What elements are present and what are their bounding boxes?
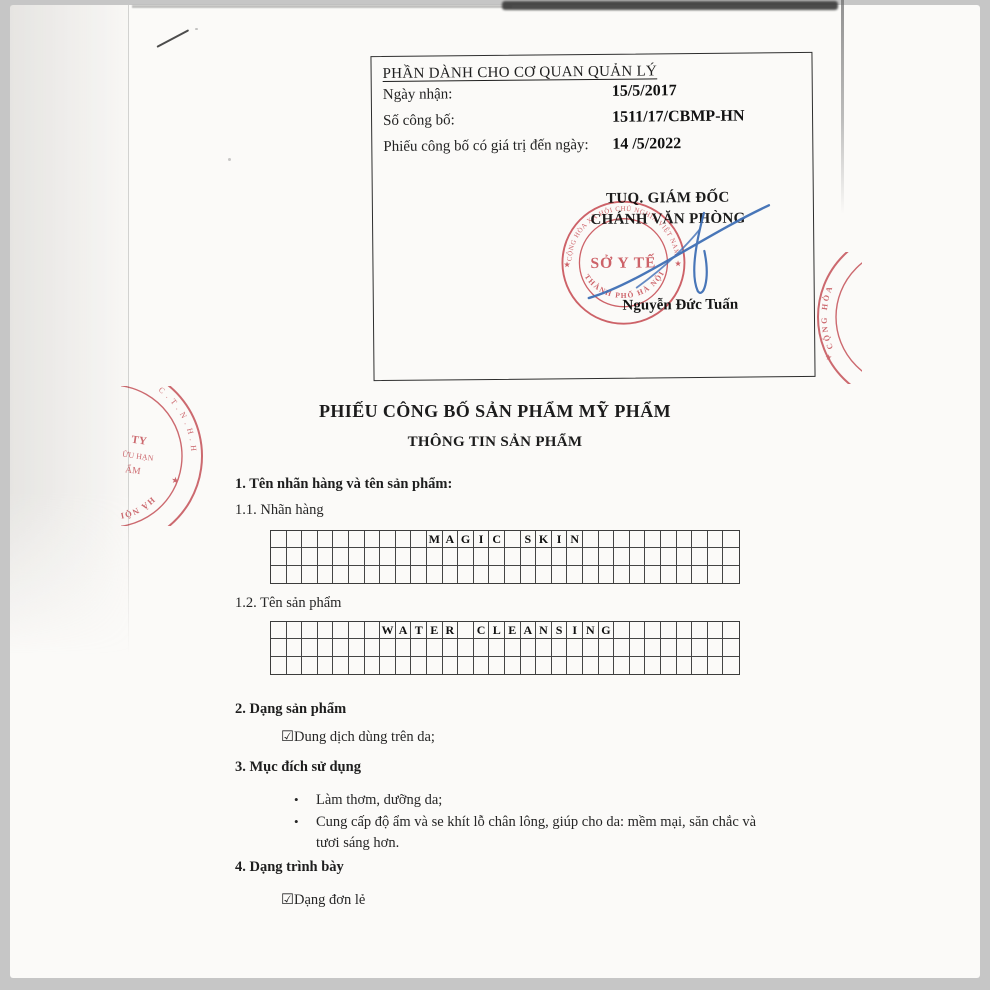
grid-cell [318,548,334,565]
grid-cell: S [521,531,537,548]
grid-cell [614,531,630,548]
scan-speck [195,28,198,30]
scan-speck [228,158,231,161]
grid-cell [287,566,303,583]
stamp-star-left-icon: ★ [563,260,570,269]
grid-cell [552,657,568,674]
section4-heading: 4. Dạng trình bày [235,859,344,876]
announcement-number-value: 1511/17/CBMP-HN [612,108,745,127]
grid-cell [614,566,630,583]
grid-cell [380,639,396,656]
grid-cell [614,657,630,674]
admin-section-box: PHẦN DÀNH CHO CƠ QUAN QUẢN LÝ Ngày nhận:… [370,52,815,381]
grid-cell [271,566,287,583]
signer-name: Nguyễn Đức Tuấn [588,296,773,315]
grid-cell [489,639,505,656]
grid-cell [692,657,708,674]
grid-cell [505,657,521,674]
grid-cell [567,639,583,656]
bullet-icon: • [294,790,316,811]
grid-cell: E [505,622,521,639]
grid-cell [645,657,661,674]
grid-cell [677,531,693,548]
grid-cell [365,639,381,656]
grid-cell: W [380,622,396,639]
grid-cell [645,566,661,583]
grid-cell [708,548,724,565]
grid-cell [318,531,334,548]
received-date-label: Ngày nhận: [383,86,453,104]
grid-cell [692,531,708,548]
section1-heading: 1. Tên nhãn hàng và tên sản phẩm: [235,476,452,493]
grid-cell [411,531,427,548]
grid-cell [645,639,661,656]
grid-cell: K [536,531,552,548]
grid-cell [287,639,303,656]
grid-cell [411,566,427,583]
grid-cell [489,548,505,565]
grid-cell [599,657,615,674]
grid-cell [552,548,568,565]
grid-cell [583,639,599,656]
grid-cell [302,548,318,565]
grid-cell [427,548,443,565]
grid-cell [723,622,739,639]
grid-cell [599,639,615,656]
grid-cell [474,639,490,656]
grid-cell [723,639,739,656]
grid-cell [599,548,615,565]
grid-cell [521,639,537,656]
grid-cell [396,639,412,656]
grid-cell: C [474,622,490,639]
grid-cell [271,622,287,639]
grid-cell [677,566,693,583]
grid-cell [333,622,349,639]
grid-cell [349,531,365,548]
received-date-value: 15/5/2017 [612,82,677,101]
grid-cell [536,657,552,674]
grid-cell [645,622,661,639]
grid-cell [692,548,708,565]
grid-cell [661,531,677,548]
product-form-checkbox-item: ☑Dung dịch dùng trên da; [281,729,435,746]
grid-cell [677,548,693,565]
grid-cell [645,531,661,548]
scan-streak-light [132,5,512,8]
grid-cell [692,566,708,583]
grid-cell [271,657,287,674]
left-stamp-line1: TY [131,434,148,448]
list-item: • Cung cấp độ ẩm và se khít lỗ chân lông… [294,812,764,854]
grid-cell: G [599,622,615,639]
grid-cell [692,622,708,639]
grid-cell [645,548,661,565]
grid-cell [365,622,381,639]
grid-cell [661,566,677,583]
grid-cell [365,531,381,548]
grid-cell [677,622,693,639]
grid-cell [302,531,318,548]
grid-cell [380,566,396,583]
presentation-form-checkbox-item: ☑Dạng đơn lẻ [281,892,365,909]
purpose-bullet-list: • Làm thơm, dưỡng da; • Cung cấp độ ẩm v… [294,790,764,853]
grid-cell [427,657,443,674]
grid-cell: T [411,622,427,639]
grid-cell [567,548,583,565]
grid-cell [536,548,552,565]
grid-cell [521,566,537,583]
grid-cell: C [489,531,505,548]
grid-cell [287,548,303,565]
grid-cell [318,622,334,639]
grid-cell: A [396,622,412,639]
grid-cell [474,548,490,565]
section3-heading: 3. Mục đích sử dụng [235,759,361,776]
grid-cell [599,531,615,548]
grid-cell [630,548,646,565]
grid-cell [536,639,552,656]
grid-cell [630,657,646,674]
grid-cell [333,566,349,583]
grid-cell: N [583,622,599,639]
grid-cell [380,548,396,565]
grid-cell [349,548,365,565]
grid-cell [630,622,646,639]
grid-cell [349,566,365,583]
product-name-label: 1.2. Tên sản phẩm [235,595,341,612]
grid-cell [302,639,318,656]
grid-cell [567,566,583,583]
right-stamp-star-icon: ★ [825,353,832,362]
announcement-number-label: Số công bố: [383,112,455,130]
grid-cell [489,657,505,674]
grid-cell [318,639,334,656]
grid-cell: N [536,622,552,639]
grid-cell [411,639,427,656]
grid-cell: I [552,531,568,548]
grid-cell [349,639,365,656]
grid-cell [599,566,615,583]
grid-cell [271,639,287,656]
grid-cell [443,639,459,656]
grid-cell [583,531,599,548]
grid-cell [443,566,459,583]
grid-cell [380,531,396,548]
grid-cell [708,566,724,583]
grid-cell [536,566,552,583]
grid-cell: N [567,531,583,548]
grid-cell [427,639,443,656]
product-letter-grid: WATERCLEANSING [270,621,740,675]
grid-cell [302,622,318,639]
grid-cell [521,548,537,565]
grid-cell [630,531,646,548]
scan-streak-dark [502,1,838,10]
bullet-text: Làm thơm, dưỡng da; [316,790,764,811]
grid-cell [458,657,474,674]
grid-cell [287,657,303,674]
grid-cell [474,566,490,583]
grid-cell [723,566,739,583]
left-edge-stamp-fragment: C.T.N.H.H TY ỮU HẠN ẨM HÀ NỘI ★ [121,386,211,526]
grid-cell: I [474,531,490,548]
grid-cell [661,657,677,674]
grid-cell [614,548,630,565]
grid-cell [333,548,349,565]
grid-cell [614,639,630,656]
grid-cell [271,548,287,565]
grid-cell [552,639,568,656]
grid-cell [583,566,599,583]
left-stamp-star-icon: ★ [171,475,180,486]
valid-until-label: Phiếu công bố có giá trị đến ngày: [383,137,589,156]
grid-cell [583,548,599,565]
grid-cell [411,548,427,565]
grid-cell [723,657,739,674]
grid-cell [458,622,474,639]
grid-cell [302,657,318,674]
grid-cell [396,548,412,565]
grid-cell: A [521,622,537,639]
grid-cell [474,657,490,674]
admin-box-header: PHẦN DÀNH CHO CƠ QUAN QUẢN LÝ [383,63,658,83]
grid-cell [333,657,349,674]
stamp-inner-ring [836,252,862,384]
grid-cell [614,622,630,639]
grid-cell: S [552,622,568,639]
grid-cell [630,639,646,656]
grid-cell [677,657,693,674]
grid-cell [552,566,568,583]
grid-cell: G [458,531,474,548]
grid-cell [396,566,412,583]
left-stamp-arc-text: C.T.N.H.H [149,386,208,457]
grid-cell [349,657,365,674]
grid-cell [677,639,693,656]
grid-cell: I [567,622,583,639]
grid-cell [661,639,677,656]
grid-cell [302,566,318,583]
grid-cell [458,566,474,583]
grid-cell: R [443,622,459,639]
grid-cell [333,639,349,656]
scanned-document: PHẦN DÀNH CHO CƠ QUAN QUẢN LÝ Ngày nhận:… [0,0,990,990]
grid-cell [692,639,708,656]
grid-cell [630,566,646,583]
grid-cell [489,566,505,583]
scan-edge-line [841,0,844,214]
grid-cell [333,531,349,548]
grid-cell [567,657,583,674]
grid-cell: L [489,622,505,639]
underlying-page-edge [10,5,129,655]
grid-cell [396,657,412,674]
bullet-icon: • [294,812,316,854]
left-stamp-line3: ẨM [124,462,142,477]
list-item: • Làm thơm, dưỡng da; [294,790,764,811]
grid-cell [443,657,459,674]
grid-cell [349,622,365,639]
grid-cell: M [427,531,443,548]
grid-cell [365,657,381,674]
grid-cell [411,657,427,674]
grid-cell [521,657,537,674]
brand-letter-grid: MAGICSKIN [270,530,740,584]
grid-cell [318,657,334,674]
valid-until-value: 14 /5/2022 [612,135,681,154]
grid-cell [365,548,381,565]
grid-cell [661,622,677,639]
grid-cell [723,531,739,548]
grid-cell [396,531,412,548]
grid-cell [287,531,303,548]
grid-cell [723,548,739,565]
grid-cell [458,548,474,565]
grid-cell [505,566,521,583]
grid-cell [708,639,724,656]
grid-cell [287,622,303,639]
grid-cell [271,531,287,548]
grid-cell: E [427,622,443,639]
grid-cell [318,566,334,583]
grid-cell [380,657,396,674]
grid-cell: A [443,531,459,548]
left-stamp-line2: ỮU HẠN [122,449,155,463]
grid-cell [661,548,677,565]
grid-cell [505,548,521,565]
grid-cell [505,639,521,656]
grid-cell [708,657,724,674]
grid-cell [708,531,724,548]
grid-cell [583,657,599,674]
section2-heading: 2. Dạng sản phẩm [235,701,346,718]
right-edge-stamp-fragment: CỘNG HÒA ★ [798,252,862,384]
grid-cell [708,622,724,639]
grid-cell [427,566,443,583]
grid-cell [458,639,474,656]
grid-cell [443,548,459,565]
brand-label: 1.1. Nhãn hàng [235,502,324,519]
grid-cell [505,531,521,548]
grid-cell [365,566,381,583]
bullet-text: Cung cấp độ ẩm và se khít lỗ chân lông, … [316,812,764,854]
